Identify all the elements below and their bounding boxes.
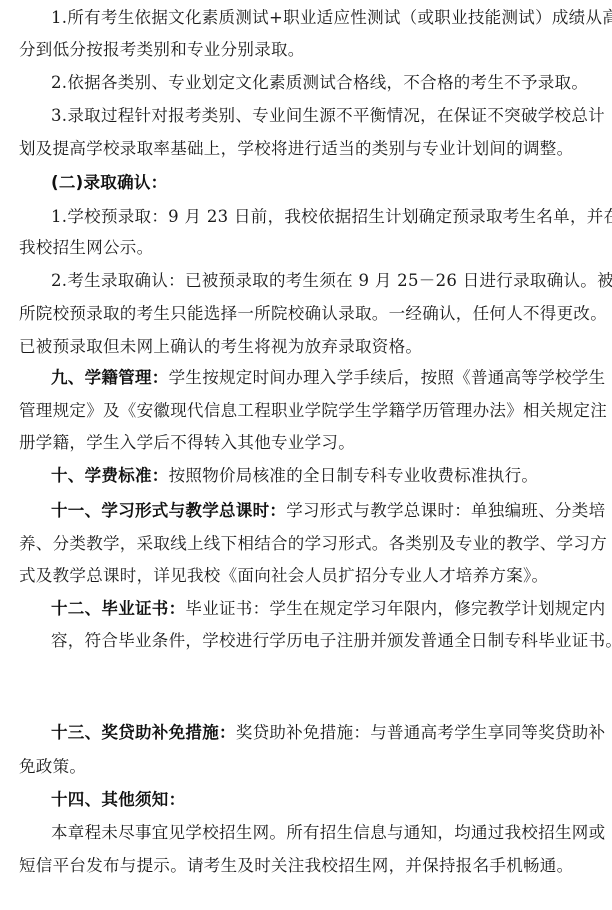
line-text: 免政策。 xyxy=(19,757,86,776)
paragraph-line: 2.依据各类别、专业划定文化素质测试合格线，不合格的考生不予录取。 xyxy=(51,73,588,93)
line-text: 管理规定》及《安徽现代信息工程职业学院学生学籍学历管理办法》相关规定注 xyxy=(19,401,607,420)
section-heading: 十一、学习形式与教学总课时： xyxy=(51,501,286,520)
section-heading-line: 十一、学习形式与教学总课时：学习形式与教学总课时：单独编班、分类培 xyxy=(51,501,605,521)
line-text: 学生按规定时间办理入学手续后，按照《普通高等学校学生 xyxy=(169,368,606,387)
section-heading: 九、学籍管理： xyxy=(51,368,169,387)
line-text: 划及提高学校录取率基础上，学校将进行适当的类别与专业计划间的调整。 xyxy=(19,139,573,158)
paragraph-line: 短信平台发布与提示。请考生及时关注我校招生网，并保持报名手机畅通。 xyxy=(19,856,573,876)
paragraph-line: 管理规定》及《安徽现代信息工程职业学院学生学籍学历管理办法》相关规定注 xyxy=(19,401,607,421)
line-text: 1.学校预录取：9 月 23 日前，我校依据招生计划确定预录取考生名单，并在 xyxy=(51,207,612,226)
paragraph-line: 1.所有考生依据文化素质测试+职业适应性测试（或职业技能测试）成绩从高 xyxy=(51,8,612,28)
section-heading-line: (二)录取确认： xyxy=(51,173,167,193)
paragraph-line: 本章程未尽事宜见学校招生网。所有招生信息与通知，均通过我校招生网或 xyxy=(51,823,605,843)
paragraph-line: 2.考生录取确认：已被预录取的考生须在 9 月 25－26 日进行录取确认。被多 xyxy=(51,271,612,291)
line-text: 式及教学总课时，详见我校《面向社会人员扩招分专业人才培养方案》。 xyxy=(19,566,548,585)
section-heading: (二)录取确认： xyxy=(51,173,167,192)
line-text: 学习形式与教学总课时：单独编班、分类培 xyxy=(286,501,605,520)
line-text: 短信平台发布与提示。请考生及时关注我校招生网，并保持报名手机畅通。 xyxy=(19,856,573,875)
line-text: 2.考生录取确认：已被预录取的考生须在 9 月 25－26 日进行录取确认。被多 xyxy=(51,271,612,290)
line-text: 毕业证书：学生在规定学习年限内，修完教学计划规定内 xyxy=(185,599,605,618)
line-text: 册学籍，学生入学后不得转入其他专业学习。 xyxy=(19,433,355,452)
line-text: 按照物价局核准的全日制专科专业收费标准执行。 xyxy=(169,466,539,485)
paragraph-line: 划及提高学校录取率基础上，学校将进行适当的类别与专业计划间的调整。 xyxy=(19,139,573,159)
section-heading-line: 十、学费标准：按照物价局核准的全日制专科专业收费标准执行。 xyxy=(51,466,538,486)
line-text: 2.依据各类别、专业划定文化素质测试合格线，不合格的考生不予录取。 xyxy=(51,73,588,92)
line-text: 所院校预录取的考生只能选择一所院校确认录取。一经确认，任何人不得更改。 xyxy=(19,304,607,323)
paragraph-line: 式及教学总课时，详见我校《面向社会人员扩招分专业人才培养方案》。 xyxy=(19,566,548,586)
paragraph-line: 1.学校预录取：9 月 23 日前，我校依据招生计划确定预录取考生名单，并在 xyxy=(51,207,612,227)
paragraph-line: 容，符合毕业条件，学校进行学历电子注册并颁发普通全日制专科毕业证书。 xyxy=(51,631,612,651)
paragraph-line: 已被预录取但未网上确认的考生将视为放弃录取资格。 xyxy=(19,337,422,357)
section-heading: 十四、其他须知： xyxy=(51,790,185,809)
line-text: 养、分类教学，采取线上线下相结合的学习形式。各类别及专业的教学、学习方 xyxy=(19,534,607,553)
paragraph-line: 分到低分按报考类别和专业分别录取。 xyxy=(19,40,305,60)
section-heading-line: 九、学籍管理：学生按规定时间办理入学手续后，按照《普通高等学校学生 xyxy=(51,368,605,388)
paragraph-line: 册学籍，学生入学后不得转入其他专业学习。 xyxy=(19,433,355,453)
section-heading: 十二、毕业证书： xyxy=(51,599,185,618)
line-text: 奖贷助补免措施：与普通高考学生享同等奖贷助补 xyxy=(236,723,606,742)
line-text: 我校招生网公示。 xyxy=(19,238,153,257)
line-text: 已被预录取但未网上确认的考生将视为放弃录取资格。 xyxy=(19,337,422,356)
section-heading: 十、学费标准： xyxy=(51,466,169,485)
line-text: 3.录取过程针对报考类别、专业间生源不平衡情况，在保证不突破学校总计 xyxy=(51,106,605,125)
line-text: 本章程未尽事宜见学校招生网。所有招生信息与通知，均通过我校招生网或 xyxy=(51,823,605,842)
section-heading: 十三、奖贷助补免措施： xyxy=(51,723,236,742)
line-text: 1.所有考生依据文化素质测试+职业适应性测试（或职业技能测试）成绩从高 xyxy=(51,8,612,27)
line-text: 容，符合毕业条件，学校进行学历电子注册并颁发普通全日制专科毕业证书。 xyxy=(51,631,612,650)
paragraph-line: 免政策。 xyxy=(19,757,86,777)
paragraph-line: 所院校预录取的考生只能选择一所院校确认录取。一经确认，任何人不得更改。 xyxy=(19,304,607,324)
line-text: 分到低分按报考类别和专业分别录取。 xyxy=(19,40,305,59)
paragraph-line: 3.录取过程针对报考类别、专业间生源不平衡情况，在保证不突破学校总计 xyxy=(51,106,605,126)
section-heading-line: 十三、奖贷助补免措施：奖贷助补免措施：与普通高考学生享同等奖贷助补 xyxy=(51,723,605,743)
section-heading-line: 十四、其他须知： xyxy=(51,790,185,810)
paragraph-line: 养、分类教学，采取线上线下相结合的学习形式。各类别及专业的教学、学习方 xyxy=(19,534,607,554)
paragraph-line: 我校招生网公示。 xyxy=(19,238,153,258)
section-heading-line: 十二、毕业证书：毕业证书：学生在规定学习年限内，修完教学计划规定内 xyxy=(51,599,605,619)
